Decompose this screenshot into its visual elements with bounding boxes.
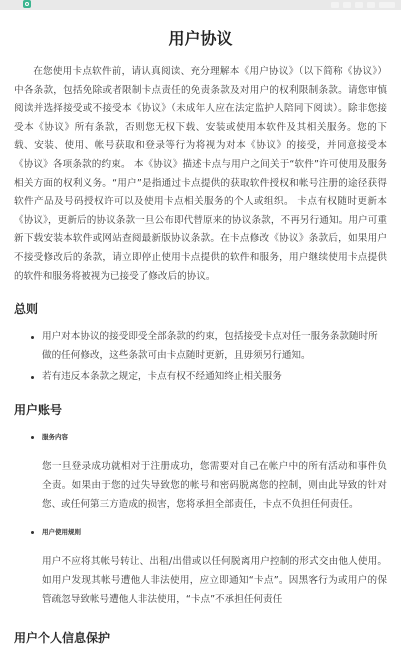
subsection-body-service-content: 您一旦登录成功就相对于注册成功，您需要对自己在帐户中的所有活动和事件负全责。如果… <box>14 457 387 514</box>
notification-app-icon <box>23 0 31 8</box>
status-bar <box>0 0 401 10</box>
status-icons <box>331 0 395 10</box>
subsection-heading-service-content: 服务内容 <box>14 431 387 443</box>
wifi-icon <box>343 2 351 8</box>
section-title-general: 总则 <box>14 300 387 318</box>
intro-paragraph: 在您使用卡点软件前，请认真阅读、充分理解本《用户协议》（以下简称《协议》）中各条… <box>14 63 387 286</box>
subsection-heading-usage-rules: 用户使用规则 <box>14 526 387 538</box>
section-title-user-account: 用户账号 <box>14 401 387 419</box>
section-title-privacy: 用户个人信息保护 <box>14 629 387 647</box>
list-item: 若有违反本条款之规定，卡点有权不经通知终止相关服务 <box>30 368 387 387</box>
page-title: 用户协议 <box>14 29 387 49</box>
location-icon <box>331 2 339 8</box>
general-bullet-list: 用户对本协议的接受即受全部条款的约束，包括接受卡点对任一服务条款随时所做的任何修… <box>14 328 387 387</box>
signal-icon <box>355 2 363 8</box>
list-item: 用户对本协议的接受即受全部条款的约束，包括接受卡点对任一服务条款随时所做的任何修… <box>30 328 387 365</box>
subsection-body-usage-rules: 用户不应将其帐号转让、出租/出借或以任何脱离用户控制的形式交由他人使用。如用户发… <box>14 552 387 609</box>
agreement-page[interactable]: 用户协议 在您使用卡点软件前，请认真阅读、充分理解本《用户协议》（以下简称《协议… <box>0 29 401 647</box>
clock-time <box>379 2 395 8</box>
battery-icon <box>367 2 375 8</box>
